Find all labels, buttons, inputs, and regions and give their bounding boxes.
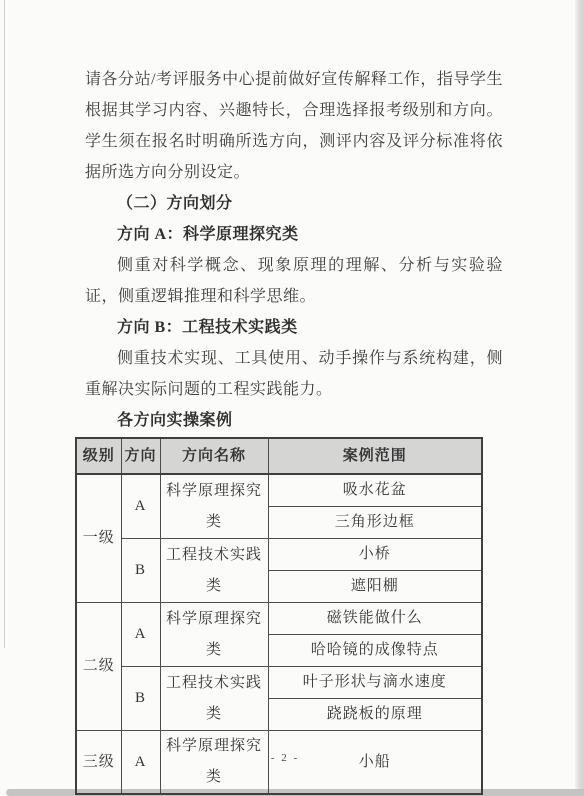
case-cell: 叶子形状与滴水速度 [268,667,482,699]
direction-name-cell: 科学原理探究类 [160,474,268,539]
table-row: 一级 A 科学原理探究类 吸水花盆 [76,474,482,507]
direction-b-heading: 方向 B：工程技术实践类 [85,312,503,343]
cases-table-title: 各方向实操案例 [85,405,503,436]
case-cell: 遮阳棚 [268,571,482,603]
table-header-row: 级别 方向 方向名称 案例范围 [76,438,482,474]
direction-a-description: 侧重对科学概念、现象原理的理解、分析与实验验证，侧重逻辑推理和科学思维。 [85,250,503,312]
page-number: - 2 - [0,752,570,764]
header-direction: 方向 [121,438,160,474]
section-heading: （二）方向划分 [85,188,503,219]
header-case-scope: 案例范围 [268,438,482,474]
case-cell: 跷跷板的原理 [268,699,482,731]
document-body: 请各分站/考评服务中心提前做好宣传解释工作，指导学生根据其学习内容、兴趣特长，合… [85,64,503,795]
direction-b-description: 侧重技术实现、工具使用、动手操作与系统构建，侧重解决实际问题的工程实践能力。 [85,343,503,405]
table-row: B 工程技术实践类 小桥 [76,539,482,571]
header-direction-name: 方向名称 [160,438,268,474]
level-cell: 二级 [76,603,121,731]
cases-table: 级别 方向 方向名称 案例范围 一级 A 科学原理探究类 吸水花盆 三角形边框 … [75,437,483,795]
table-row: 二级 A 科学原理探究类 磁铁能做什么 [76,603,482,635]
direction-a-heading: 方向 A：科学原理探究类 [85,219,503,250]
direction-code-cell: A [121,474,160,539]
direction-name-cell: 工程技术实践类 [160,667,268,731]
direction-name-cell: 科学原理探究类 [160,603,268,667]
scanned-document-page: 请各分站/考评服务中心提前做好宣传解释工作，指导学生根据其学习内容、兴趣特长，合… [0,0,584,796]
scan-left-edge-line [4,0,5,648]
direction-code-cell: B [121,667,160,731]
case-cell: 三角形边框 [268,507,482,539]
case-cell: 小桥 [268,539,482,571]
intro-paragraph: 请各分站/考评服务中心提前做好宣传解释工作，指导学生根据其学习内容、兴趣特长，合… [85,64,503,188]
level-cell: 一级 [76,474,121,603]
direction-code-cell: A [121,603,160,667]
table-row: B 工程技术实践类 叶子形状与滴水速度 [76,667,482,699]
case-cell: 吸水花盆 [268,474,482,507]
direction-code-cell: B [121,539,160,603]
case-cell: 磁铁能做什么 [268,603,482,635]
header-level: 级别 [76,438,121,474]
case-cell: 哈哈镜的成像特点 [268,635,482,667]
direction-name-cell: 工程技术实践类 [160,539,268,603]
scan-right-edge-strip [575,0,584,796]
